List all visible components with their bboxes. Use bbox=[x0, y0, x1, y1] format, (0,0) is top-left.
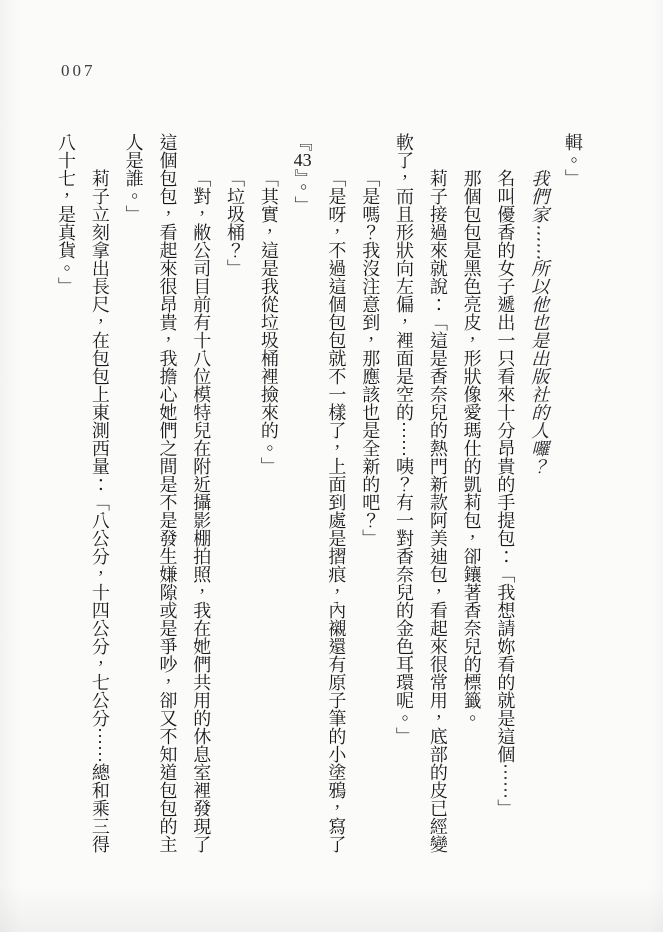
tate-chu-yoko-number: 43 bbox=[293, 151, 313, 169]
text-segment: 「其實，這是我從垃圾桶裡撿來的。」 bbox=[259, 169, 279, 475]
book-page: 007 輯。」我們家⋯⋯所以他也是出版社的人囉？名叫優香的女子遞出一只看來十分昂… bbox=[0, 0, 663, 932]
text-segment: 名叫優香的女子遞出一只看來十分昂貴的手提包：「我想請妳看的就是這個⋯⋯」 bbox=[495, 169, 515, 817]
text-segment: 「是嗎？我沒注意到，那應該也是全新的吧？」 bbox=[360, 169, 380, 547]
page-number: 007 bbox=[61, 61, 96, 81]
paragraph-p2: 我們家⋯⋯所以他也是出版社的人囉？ bbox=[521, 133, 555, 857]
text-segment: 莉子立刻拿出長尺，在包包上東測西量：「八公分，十四公分，七公分⋯⋯總和乘三得八十… bbox=[56, 133, 110, 853]
text-block: 輯。」我們家⋯⋯所以他也是出版社的人囉？名叫優香的女子遞出一只看來十分昂貴的手提… bbox=[47, 133, 589, 857]
text-segment: 「垃圾桶？」 bbox=[225, 169, 245, 277]
text-segment: 那個包包是黑色亮皮，形狀像愛瑪仕的凱莉包，卻鑲著香奈兒的標籤。 bbox=[462, 169, 482, 727]
text-segment: 「是呀，不過這個包包就不一樣了，上面到處是摺痕，內襯還有原子筆的小塗鴉，寫了『 bbox=[293, 133, 347, 853]
text-segment: 輯。」 bbox=[563, 133, 583, 187]
paragraph-p6: 「是嗎？我沒注意到，那應該也是全新的吧？」 bbox=[352, 133, 386, 857]
paragraph-p7: 「是呀，不過這個包包就不一樣了，上面到處是摺痕，內襯還有原子筆的小塗鴉，寫了『4… bbox=[285, 133, 353, 857]
paragraph-p5: 莉子接過來就說：「這是香奈兒的熱門新款阿美迪包，看起來很常用，底部的皮已經變軟了… bbox=[386, 133, 454, 857]
paragraph-p9: 「垃圾桶？」 bbox=[217, 133, 251, 857]
paragraph-p8: 「其實，這是我從垃圾桶裡撿來的。」 bbox=[251, 133, 285, 857]
text-segment: 「對，敝公司目前有十八位模特兒在附近攝影棚拍照，我在她們共用的休息室裡發現了這個… bbox=[124, 133, 212, 853]
paragraph-p1: 輯。」 bbox=[555, 133, 589, 857]
scanned-book-page: { "page": { "number": "007" }, "colors":… bbox=[0, 0, 663, 932]
paragraph-p10: 「對，敝公司目前有十八位模特兒在附近攝影棚拍照，我在她們共用的休息室裡發現了這個… bbox=[116, 133, 217, 857]
paragraph-p11: 莉子立刻拿出長尺，在包包上東測西量：「八公分，十四公分，七公分⋯⋯總和乘三得八十… bbox=[48, 133, 116, 857]
text-segment: 莉子接過來就說：「這是香奈兒的熱門新款阿美迪包，看起來很常用，底部的皮已經變軟了… bbox=[394, 133, 448, 853]
text-segment: 我們家⋯⋯所以他也是出版社的人囉？ bbox=[529, 169, 549, 475]
paragraph-p3: 名叫優香的女子遞出一只看來十分昂貴的手提包：「我想請妳看的就是這個⋯⋯」 bbox=[488, 133, 522, 857]
text-segment: 』。」 bbox=[293, 169, 313, 214]
paragraph-p4: 那個包包是黑色亮皮，形狀像愛瑪仕的凱莉包，卻鑲著香奈兒的標籤。 bbox=[454, 133, 488, 857]
